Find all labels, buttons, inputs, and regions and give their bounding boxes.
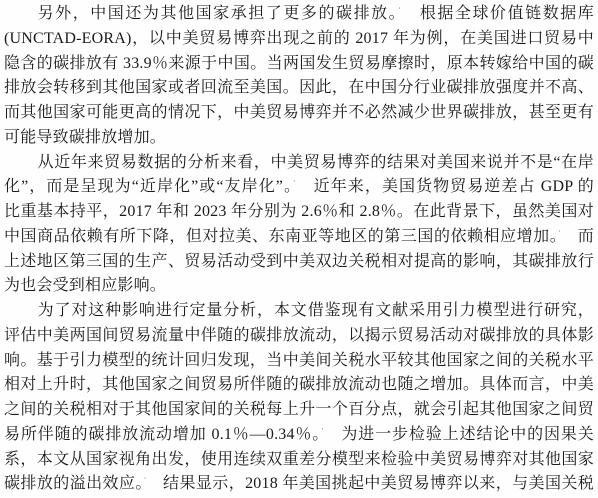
- text-segment: 为也会受到相应影响。: [4, 277, 166, 294]
- text-segment: 近年来，美国货物贸易逆差占 GDP 的: [296, 178, 594, 195]
- text-segment: 化”，而是呈现为“近岸化”或“友岸化”。: [4, 178, 293, 195]
- text-segment: 评估中美两国间贸易流量中伴随的碳排放流动，以揭示贸易活动对碳排放的具体影: [4, 327, 594, 344]
- text-block: 另外，中国还为其他国家承担了更多的碳排放。· 根据全球价值链数据库(UNCTAD…: [4, 2, 594, 497]
- text-segment: (UNCTAD-EORA)，以中美贸易博弈出现之前的 2017 年为例，在美国进…: [4, 30, 594, 47]
- text-line: 系，本文从国家视角出发，使用连续双重差分模型来检验中美贸易博弈对其他国家: [4, 448, 594, 473]
- text-line: 中国商品依赖有所下降，但对拉美、东南亚等地区的第三国的依赖相应增加。· 而: [4, 225, 594, 250]
- text-line: 可能导致碳排放增加。: [4, 126, 594, 151]
- document-page: 另外，中国还为其他国家承担了更多的碳排放。· 根据全球价值链数据库(UNCTAD…: [0, 0, 598, 498]
- text-segment: 根据全球价值链数据库: [401, 5, 594, 22]
- paragraph: 从近年来贸易数据的分析来看，中美贸易博弈的结果对美国来说并不是“在岸化”，而是呈…: [4, 151, 594, 300]
- text-line: 为也会受到相应影响。: [4, 274, 594, 299]
- text-line: 相对上升时，其他国家之间贸易所伴随的碳排放流动也随之增加。具体而言，中美: [4, 373, 594, 398]
- text-line: 从近年来贸易数据的分析来看，中美贸易博弈的结果对美国来说并不是“在岸: [4, 151, 594, 176]
- text-line: 为了对这种影响进行定量分析，本文借鉴现有文献采用引力模型进行研究，: [4, 299, 594, 324]
- text-line: 隐含的碳排放有 33.9％来源于中国。当两国发生贸易摩擦时，原本转嫁给中国的碳: [4, 52, 594, 77]
- text-line: 化”，而是呈现为“近岸化”或“友岸化”。· 近年来，美国货物贸易逆差占 GDP …: [4, 175, 594, 200]
- text-segment: 碳排放的溢出效应。: [4, 475, 144, 492]
- footnote-marker-icon: ·: [293, 177, 296, 186]
- text-segment: 可能导致碳排放增加。: [4, 129, 166, 146]
- paragraph: 另外，中国还为其他国家承担了更多的碳排放。· 根据全球价值链数据库(UNCTAD…: [4, 2, 594, 151]
- text-segment: 为进一步检验上述结论中的因果关: [324, 426, 594, 443]
- text-line: 比重基本持平，2017 年和 2023 年分别为 2.6％和 2.8％。在此背景…: [4, 200, 594, 225]
- footnote-marker-icon: ·: [321, 425, 324, 434]
- text-segment: 结果显示，2018 年美国挑起中美贸易博弈以来，与美国关税: [146, 475, 594, 492]
- text-line: 响。基于引力模型的统计回归发现，当中美间关税水平较其他国家之间的关税水平: [4, 349, 594, 374]
- text-segment: 相对上升时，其他国家之间贸易所伴随的碳排放流动也随之增加。具体而言，中美: [4, 376, 594, 393]
- footnote-marker-icon: ·: [398, 4, 401, 13]
- text-segment: 而其他国家可能更高的情况下，中美贸易博弈并不必然减少世界碳排放，甚至更有: [4, 104, 594, 121]
- text-segment: 隐含的碳排放有 33.9％来源于中国。当两国发生贸易摩擦时，原本转嫁给中国的碳: [4, 55, 594, 72]
- text-segment: 响。基于引力模型的统计回归发现，当中美间关税水平较其他国家之间的关税水平: [4, 352, 594, 369]
- text-segment: 之间的关税相对于其他国家间的关税每上升一个百分点，就会引起其他国家之间贸: [4, 401, 594, 418]
- text-segment: 上述地区第三国的生产、贸易活动受到中美双边关税相对提高的影响，其碳排放行: [4, 253, 594, 270]
- text-segment: 中国商品依赖有所下降，但对拉美、东南亚等地区的第三国的依赖相应增加。: [4, 228, 558, 245]
- text-line: 而其他国家可能更高的情况下，中美贸易博弈并不必然减少世界碳排放，甚至更有: [4, 101, 594, 126]
- text-segment: 易所伴随的碳排放流动增加 0.1％—0.34％。: [4, 426, 321, 443]
- text-line: 另外，中国还为其他国家承担了更多的碳排放。· 根据全球价值链数据库: [4, 2, 594, 27]
- text-segment: 另外，中国还为其他国家承担了更多的碳排放。: [38, 5, 399, 22]
- text-segment: 比重基本持平，2017 年和 2023 年分别为 2.6％和 2.8％。在此背景…: [4, 203, 594, 220]
- paragraph: 为了对这种影响进行定量分析，本文借鉴现有文献采用引力模型进行研究，评估中美两国间…: [4, 299, 594, 497]
- text-segment: 而: [561, 228, 594, 245]
- text-line: 易所伴随的碳排放流动增加 0.1％—0.34％。· 为进一步检验上述结论中的因果…: [4, 423, 594, 448]
- text-segment: 为了对这种影响进行定量分析，本文借鉴现有文献采用引力模型进行研究，: [38, 302, 594, 319]
- text-segment: 系，本文从国家视角出发，使用连续双重差分模型来检验中美贸易博弈对其他国家: [4, 451, 594, 468]
- text-segment: 排放会转移到其他国家或者回流至美国。因此，在中国分行业碳排放强度并不高、: [4, 79, 594, 96]
- text-line: 上述地区第三国的生产、贸易活动受到中美双边关税相对提高的影响，其碳排放行: [4, 250, 594, 275]
- text-line: 碳排放的溢出效应。· 结果显示，2018 年美国挑起中美贸易博弈以来，与美国关税: [4, 472, 594, 497]
- text-line: (UNCTAD-EORA)，以中美贸易博弈出现之前的 2017 年为例，在美国进…: [4, 27, 594, 52]
- text-line: 之间的关税相对于其他国家间的关税每上升一个百分点，就会引起其他国家之间贸: [4, 398, 594, 423]
- text-segment: 从近年来贸易数据的分析来看，中美贸易博弈的结果对美国来说并不是“在岸: [38, 154, 594, 171]
- text-line: 评估中美两国间贸易流量中伴随的碳排放流动，以揭示贸易活动对碳排放的具体影: [4, 324, 594, 349]
- footnote-marker-icon: ·: [558, 227, 561, 236]
- text-line: 排放会转移到其他国家或者回流至美国。因此，在中国分行业碳排放强度并不高、: [4, 76, 594, 101]
